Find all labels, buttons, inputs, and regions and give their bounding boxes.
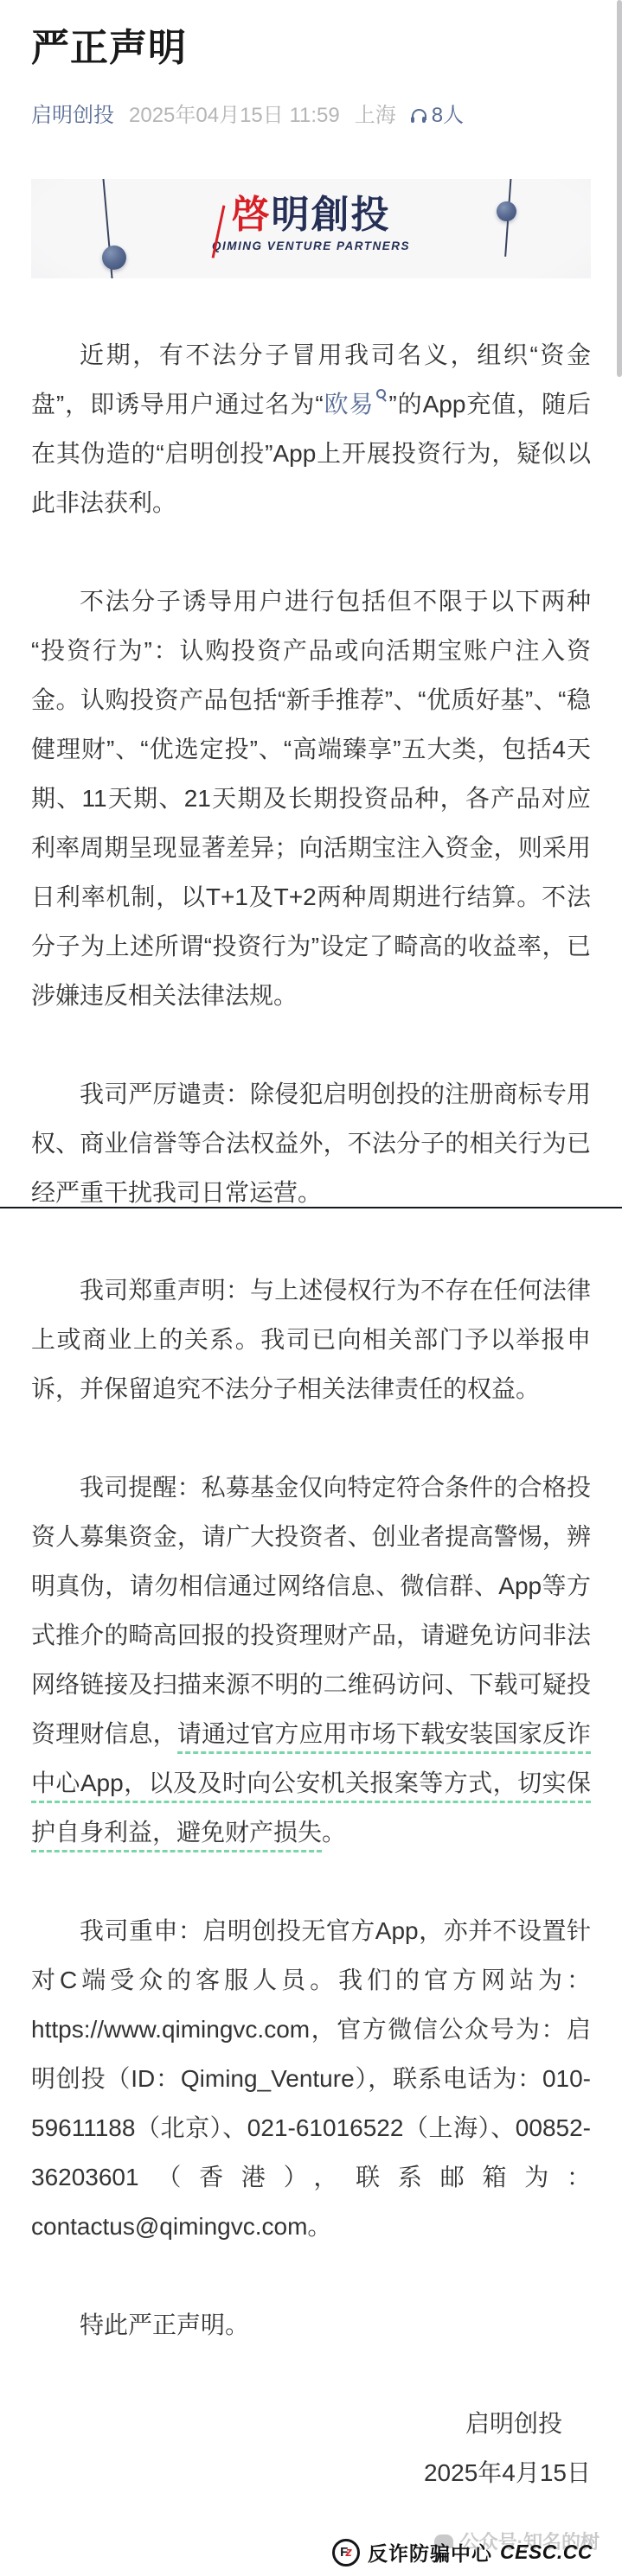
text-segment: 我司提醒：私募基金仅向特定符合条件的合格投资人募集资金，请广大投资者、创业者提高… <box>31 1474 591 1747</box>
article-page: 严正声明 启明创投 2025年04月15日 11:59 上海 8人 啓明創投 Q… <box>0 0 622 2576</box>
anti-fraud-watermark: Fz 反诈防骗中心 CESC.CC <box>332 2538 593 2566</box>
logo-english: QIMING VENTURE PARTNERS <box>31 239 591 252</box>
anti-fraud-label: 反诈防骗中心 <box>368 2538 492 2566</box>
publish-datetime: 2025年04月15日 11:59 <box>129 103 340 129</box>
paragraph: 我司提醒：私募基金仅向特定符合条件的合格投资人募集资金，请广大投资者、创业者提高… <box>31 1463 591 1857</box>
byline: 启明创投 2025年04月15日 11:59 上海 8人 <box>31 103 591 129</box>
search-icon[interactable] <box>375 387 388 403</box>
scrollbar-thumb[interactable] <box>617 0 622 377</box>
paragraph: 特此严正声明。 <box>31 2300 591 2350</box>
badge-letter-z: z <box>345 2546 352 2559</box>
inline-link[interactable]: 欧易 <box>324 391 375 418</box>
text-segment: 不法分子诱导用户进行包括但不限于以下两种“投资行为”：认购投资产品或向活期宝账户… <box>31 588 591 1009</box>
logo-chinese: 啓明創投 <box>31 194 591 236</box>
qiming-logo: 啓明創投 QIMING VENTURE PARTNERS <box>31 194 591 252</box>
signature-block: 启明创投 2025年4月15日 <box>31 2399 591 2497</box>
paragraph: 我司严厉谴责：除侵犯启明创投的注册商标专用权、商业信誉等合法权益外，不法分子的相… <box>31 1069 591 1217</box>
anti-fraud-site: CESC.CC <box>500 2541 593 2564</box>
paragraph: 我司重申：启明创投无官方App，亦并不设置针对C端受众的客服人员。我们的官方网站… <box>31 1906 591 2251</box>
author-link[interactable]: 启明创投 <box>31 103 114 129</box>
signature-date: 2025年4月15日 <box>31 2448 591 2497</box>
text-segment: 我司严厉谴责：除侵犯启明创投的注册商标专用权、商业信誉等合法权益外，不法分子的相… <box>31 1081 591 1206</box>
reposter-watermark: 公众号·知名的树 Fz 反诈防骗中心 CESC.CC <box>252 2531 615 2573</box>
text-segment: 特此严正声明。 <box>80 2311 249 2338</box>
text-segment: 我司郑重声明：与上述侵权行为不存在任何法律上或商业上的关系。我司已向相关部门予以… <box>31 1277 591 1402</box>
text-segment: 我司重申：启明创投无官方App，亦并不设置针对C端受众的客服人员。我们的官方网站… <box>31 1917 591 2240</box>
paragraph: 不法分子诱导用户进行包括但不限于以下两种“投资行为”：认购投资产品或向活期宝账户… <box>31 577 591 1020</box>
anti-fraud-badge-icon: Fz <box>332 2539 360 2566</box>
listen-button[interactable]: 8人 <box>411 103 464 129</box>
signature-name: 启明创投 <box>31 2399 591 2448</box>
logo-char-red: 啓 <box>232 194 272 236</box>
banner-image[interactable]: 啓明創投 QIMING VENTURE PARTNERS <box>31 179 591 278</box>
logo-chars-navy: 明創投 <box>272 194 391 236</box>
paragraph: 我司郑重声明：与上述侵权行为不存在任何法律上或商业上的关系。我司已向相关部门予以… <box>31 1266 591 1413</box>
article-body: 近期，有不法分子冒用我司名义，组织“资金盘”，即诱导用户通过名为“欧易”的App… <box>31 330 591 2497</box>
publish-location: 上海 <box>355 103 396 129</box>
page-title: 严正声明 <box>31 26 591 72</box>
headphone-icon <box>411 108 427 123</box>
paragraph: 近期，有不法分子冒用我司名义，组织“资金盘”，即诱导用户通过名为“欧易”的App… <box>31 330 591 527</box>
listen-count: 8人 <box>432 103 464 129</box>
text-segment: 。 <box>322 1819 346 1846</box>
